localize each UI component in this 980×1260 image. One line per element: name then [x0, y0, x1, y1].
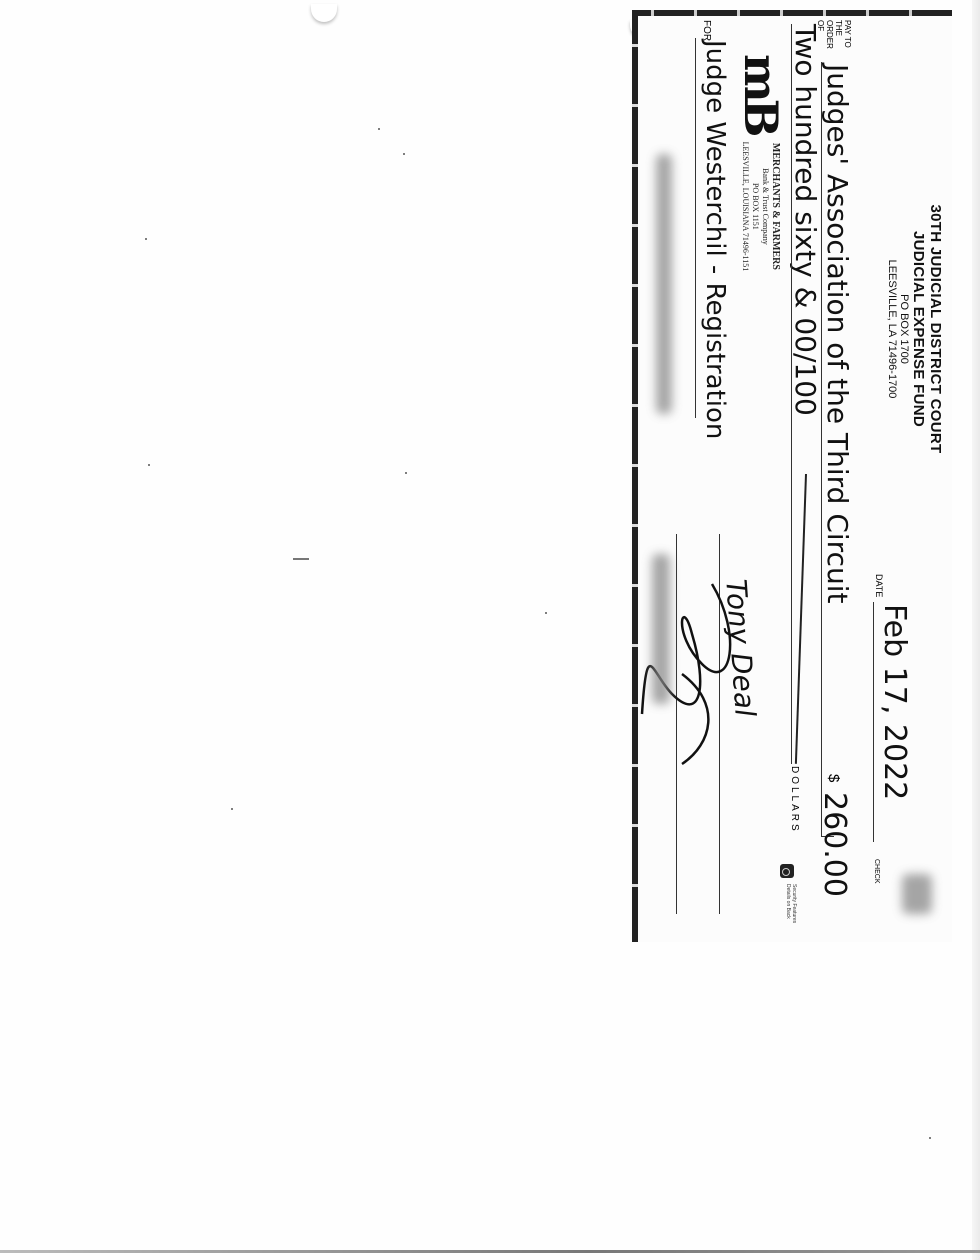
issuer-po-box: PO BOX 1700	[898, 164, 910, 494]
amount-words-line	[791, 24, 792, 764]
issuer-address: LEESVILLE, LA 71496-1700	[886, 164, 898, 494]
scan-speck	[145, 238, 147, 240]
scan-speck	[231, 808, 233, 810]
payee: Judges' Association of the Third Circuit	[821, 64, 854, 603]
redaction-blur	[652, 554, 670, 704]
scan-speck	[929, 1137, 931, 1139]
page-edge	[972, 0, 980, 1260]
bank-info: MERCHANTS & FARMERS Bank & Trust Company…	[738, 142, 784, 272]
date-line	[873, 602, 874, 842]
bank-block: mB MERCHANTS & FARMERS Bank & Trust Comp…	[738, 54, 784, 271]
date-label: DATE	[874, 574, 884, 597]
signature-2-scribble	[632, 574, 742, 774]
scan-speck	[405, 472, 407, 474]
check-container: 30TH JUDICIAL DISTRICT COURT JUDICIAL EX…	[632, 10, 952, 938]
for-label: FOR	[701, 20, 712, 41]
punch-hole	[311, 4, 337, 22]
issuer-name: 30TH JUDICIAL DISTRICT COURT	[927, 164, 944, 494]
issuer-header: 30TH JUDICIAL DISTRICT COURT JUDICIAL EX…	[886, 164, 944, 494]
security-lock-icon	[780, 864, 794, 878]
scan-speck	[545, 612, 547, 614]
check-border	[632, 14, 638, 942]
bank-name: MERCHANTS & FARMERS	[770, 142, 780, 272]
amount: 260.00	[817, 792, 852, 897]
bank-address: LEESVILLE, LOUISIANA 71496-1151	[740, 142, 750, 272]
check-security-label: CHECK	[873, 859, 880, 884]
scanned-page: 30TH JUDICIAL DISTRICT COURT JUDICIAL EX…	[0, 0, 980, 1260]
check: 30TH JUDICIAL DISTRICT COURT JUDICIAL EX…	[632, 10, 952, 942]
redaction-blur	[656, 154, 672, 414]
bank-logo: mB	[738, 54, 784, 134]
page-bottom-edge	[0, 1250, 980, 1253]
memo: Judge Westerchil - Registration	[700, 40, 730, 439]
memo-line	[695, 38, 696, 418]
redaction-blur	[902, 874, 932, 914]
scan-speck	[148, 464, 150, 466]
scan-speck	[378, 128, 380, 130]
amount-fill-stroke	[795, 474, 807, 764]
scan-mark	[293, 558, 309, 560]
date-value: Feb 17, 2022	[877, 604, 912, 800]
check-border	[632, 10, 952, 16]
dollar-sign: $	[825, 774, 842, 782]
dollars-label: DOLLARS	[789, 766, 800, 834]
scan-speck	[403, 153, 405, 155]
amount-words: Two hundred sixty & 00/100	[789, 24, 822, 416]
bank-po-box: PO BOX 1151	[750, 142, 760, 272]
issuer-fund: JUDICIAL EXPENSE FUND	[910, 164, 927, 494]
bank-subtitle: Bank & Trust Company	[760, 142, 770, 272]
security-features-text: Security Features Details on Back	[785, 884, 797, 924]
